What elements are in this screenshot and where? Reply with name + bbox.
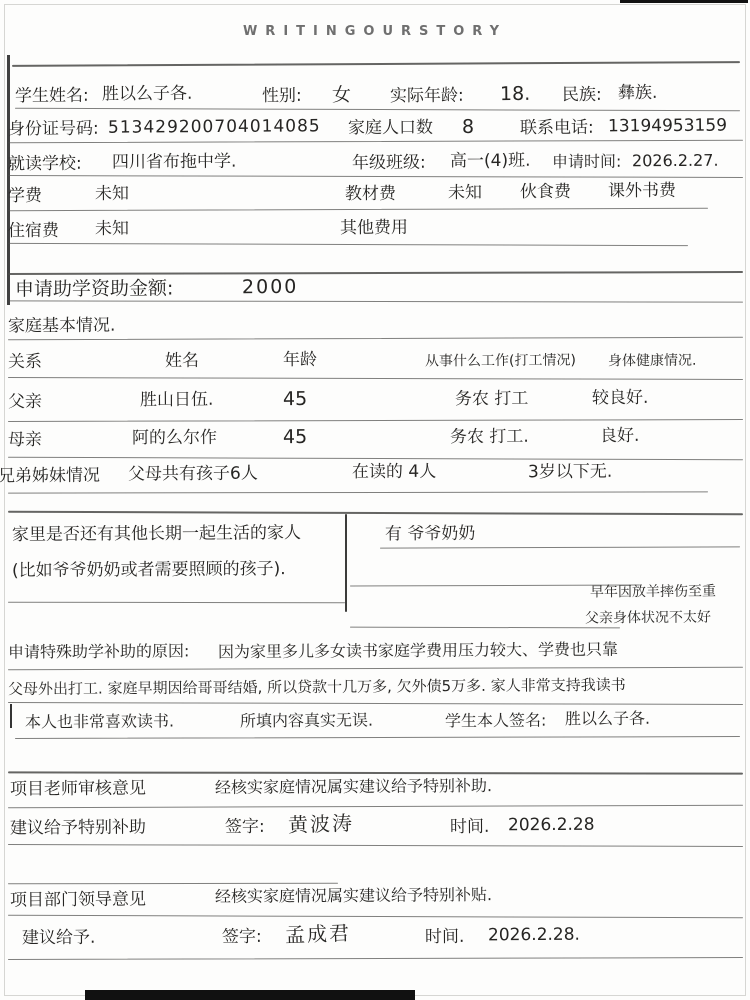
leader-date-value: 2026.2.28. bbox=[488, 925, 580, 946]
reason-line2: 父母外出打工. 家庭早期因给哥哥结婚, 所以贷款十几万多, 欠外债5万多. 家人… bbox=[8, 676, 626, 698]
ruled-line bbox=[8, 805, 743, 809]
gender-label: 性别: bbox=[262, 86, 302, 107]
household-question-line1: 家里是否还有其他长期一起生活的家人 bbox=[12, 523, 301, 545]
other-fee-label: 其他费用 bbox=[340, 218, 408, 239]
reason-line3-part1: 本人也非常喜欢读书. bbox=[25, 711, 174, 731]
age-label: 实际年龄: bbox=[390, 86, 464, 107]
family-size-label: 家庭人口数 bbox=[348, 118, 433, 139]
teacher-sign-label: 签字: bbox=[225, 817, 265, 838]
ruled-line bbox=[8, 175, 743, 178]
family-row-relation: 母亲 bbox=[8, 430, 42, 451]
ruled-line bbox=[8, 957, 743, 960]
ruled-line bbox=[8, 208, 708, 211]
ruled-line bbox=[8, 337, 743, 341]
household-note-line1: 早年因放羊摔伤至重 bbox=[590, 584, 716, 602]
age-value: 18. bbox=[500, 83, 530, 106]
teacher-signature: 黄波涛 bbox=[288, 811, 355, 837]
books-fee-label: 课外书费 bbox=[608, 181, 676, 202]
siblings-total: 父母共有孩子6人 bbox=[128, 464, 258, 485]
grant-amount-label: 申请助学资助金额: bbox=[15, 277, 174, 301]
ruled-line bbox=[8, 771, 743, 774]
ruled-line bbox=[8, 702, 743, 705]
ruled-line bbox=[8, 300, 743, 302]
student-signature: 胜以么子各. bbox=[565, 709, 650, 729]
teacher-date-label: 时间. bbox=[450, 817, 490, 838]
ethnicity-value: 彝族. bbox=[618, 83, 658, 104]
reason-line3-part2: 所填内容真实无误. bbox=[240, 711, 373, 731]
scan-artifact-bottom bbox=[85, 990, 415, 1000]
phone-value: 13194953159 bbox=[608, 116, 727, 137]
siblings-under3: 3岁以下无. bbox=[528, 462, 612, 483]
ruled-line bbox=[15, 108, 740, 112]
leader-review-comment: 经核实家庭情况属实建议给予特别补贴. bbox=[215, 885, 492, 906]
family-header-name: 姓名 bbox=[165, 351, 199, 372]
family-row-name: 阿的么尔作 bbox=[132, 428, 217, 449]
apply-date-value: 2026.2.27. bbox=[632, 151, 719, 171]
family-row-health: 较良好. bbox=[592, 388, 649, 409]
student-name-label: 学生姓名: bbox=[15, 86, 89, 107]
grade-label: 年级班级: bbox=[352, 153, 426, 174]
grade-value: 高一(4)班. bbox=[450, 151, 531, 172]
scanned-form-page: WRITINGOURSTORY 学生姓名: 胜以么子各. 性别: 女 实际年龄:… bbox=[0, 0, 750, 1000]
scan-artifact-top bbox=[620, 0, 748, 3]
gender-value: 女 bbox=[332, 84, 351, 107]
household-note-line2: 父亲身体状况不太好 bbox=[585, 610, 711, 628]
teacher-review-suggestion: 建议给予特别补助 bbox=[10, 818, 146, 839]
family-row-health: 良好. bbox=[600, 426, 640, 447]
family-row-age: 45 bbox=[283, 388, 307, 411]
family-row-age: 45 bbox=[283, 426, 307, 449]
family-section-title: 家庭基本情况. bbox=[8, 316, 116, 337]
ruled-line bbox=[350, 627, 620, 629]
ruled-line bbox=[12, 61, 740, 67]
ruled-line bbox=[8, 667, 743, 671]
family-row-work: 务农 打工. bbox=[450, 427, 529, 448]
lodging-fee-value: 未知 bbox=[95, 219, 129, 240]
phone-label: 联系电话: bbox=[520, 118, 594, 139]
scan-artifact-left bbox=[7, 55, 10, 305]
id-value: 513429200704014085 bbox=[108, 116, 321, 138]
brand-header: WRITINGOURSTORY bbox=[0, 24, 750, 39]
family-header-health: 身体健康情况. bbox=[608, 353, 697, 370]
teacher-date-value: 2026.2.28 bbox=[508, 815, 595, 836]
family-header-work: 从事什么工作(打工情况) bbox=[425, 352, 576, 370]
lodging-fee-label: 住宿费 bbox=[8, 221, 59, 242]
tuition-value: 未知 bbox=[95, 184, 129, 205]
family-row-work: 务农 打工 bbox=[455, 389, 529, 410]
family-row-relation: 父亲 bbox=[8, 392, 42, 413]
household-answer: 有 爷爷奶奶 bbox=[385, 524, 476, 545]
family-header-relation: 关系 bbox=[8, 352, 42, 373]
ruled-line bbox=[8, 602, 345, 604]
ruled-line bbox=[15, 736, 740, 739]
materials-fee-value: 未知 bbox=[448, 183, 482, 204]
id-label: 身份证号码: bbox=[8, 119, 99, 140]
reason-line1: 因为家里多儿多女读书家庭学费用压力较大、学费也只靠 bbox=[218, 640, 618, 662]
meals-fee-label: 伙食费 bbox=[520, 182, 571, 203]
ruled-line bbox=[8, 491, 708, 493]
ruled-line bbox=[8, 243, 688, 246]
tuition-label: 学费 bbox=[8, 186, 42, 207]
scan-artifact-tick bbox=[10, 704, 12, 728]
household-question-line2: (比如爷爷奶奶或者需要照顾的孩子). bbox=[12, 559, 286, 581]
ethnicity-label: 民族: bbox=[562, 85, 602, 106]
grant-amount-value: 2000 bbox=[242, 276, 299, 299]
ruled-line bbox=[8, 457, 743, 461]
ruled-line bbox=[8, 915, 743, 919]
family-row-name: 胜山日伍. bbox=[140, 390, 214, 411]
student-name-value: 胜以么子各. bbox=[102, 84, 193, 105]
teacher-review-comment: 经核实家庭情况属实建议给予特别补助. bbox=[215, 776, 492, 797]
reason-label: 申请特殊助学补助的原因: bbox=[8, 641, 190, 661]
leader-date-label: 时间. bbox=[425, 927, 465, 948]
teacher-review-label: 项目老师审核意见 bbox=[10, 779, 146, 800]
siblings-label: 兄弟姊妹情况 bbox=[0, 466, 100, 487]
ruled-line bbox=[8, 271, 743, 275]
ruled-line bbox=[8, 419, 743, 422]
ruled-line bbox=[8, 140, 743, 144]
ruled-line bbox=[380, 546, 740, 548]
ruled-line bbox=[8, 511, 743, 516]
ruled-line bbox=[8, 844, 743, 847]
siblings-in-school: 在读的 4人 bbox=[352, 462, 436, 483]
school-label: 就读学校: bbox=[8, 154, 82, 175]
family-size-value: 8 bbox=[462, 116, 474, 139]
column-divider-line bbox=[345, 514, 347, 612]
ruled-line bbox=[8, 377, 743, 380]
leader-review-suggestion: 建议给予. bbox=[22, 928, 96, 949]
leader-signature: 孟成君 bbox=[285, 921, 352, 947]
student-sign-label: 学生本人签名: bbox=[445, 711, 547, 731]
ruled-line bbox=[8, 883, 338, 885]
family-header-age: 年龄 bbox=[283, 350, 317, 371]
leader-review-label: 项目部门领导意见 bbox=[10, 890, 146, 911]
apply-date-label: 申请时间: bbox=[552, 152, 622, 172]
materials-fee-label: 教材费 bbox=[345, 184, 396, 205]
leader-sign-label: 签字: bbox=[222, 927, 262, 948]
school-value: 四川省布拖中学. bbox=[112, 152, 237, 173]
